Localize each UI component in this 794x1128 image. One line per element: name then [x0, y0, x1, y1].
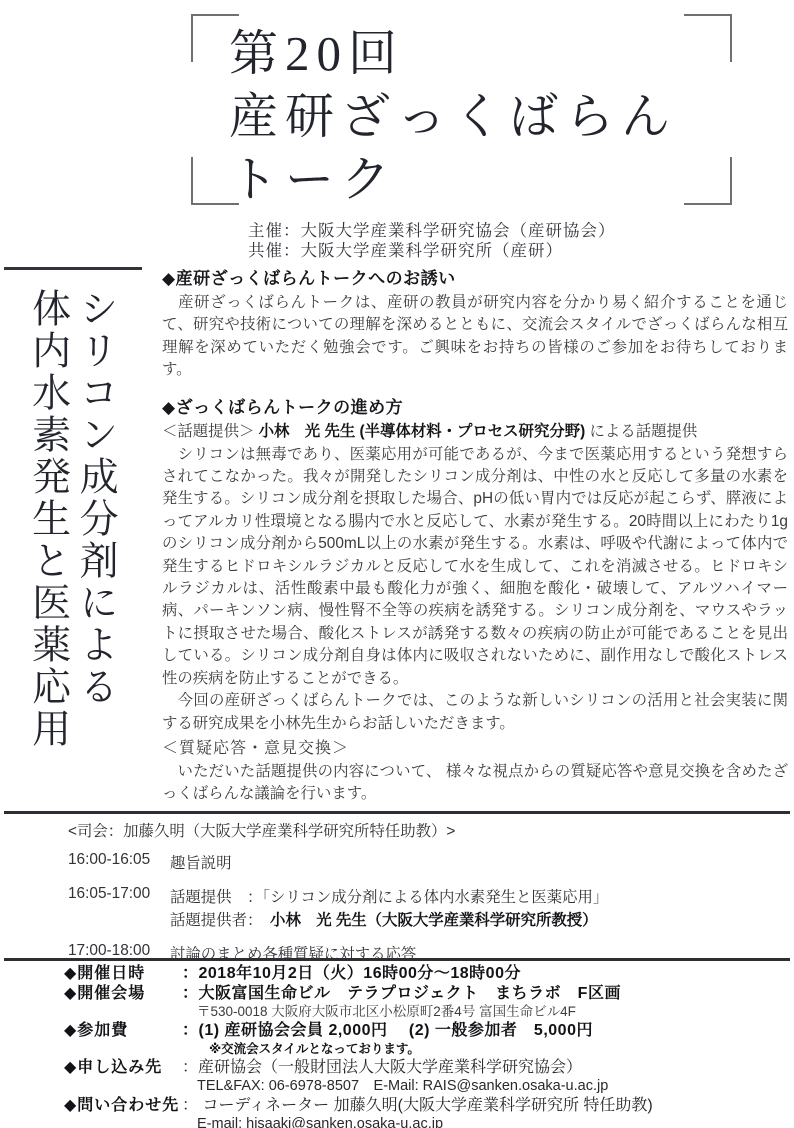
- title-frame: 第20回 産研ざっくばらん トーク: [191, 14, 732, 205]
- schedule-time-2: 16:05-17:00: [68, 885, 170, 907]
- detail-label-venue: ◆開催会場: [64, 985, 182, 1003]
- schedule-speaker-prefix: 話題提供者：: [170, 912, 270, 929]
- qa-body: いただいた話題提供の内容について、 様々な視点からの質疑応答や意見交換を含めたざ…: [162, 761, 788, 806]
- schedule-moderator: <司会：加藤久明（大阪大学産業科学研究所特任助教）>: [68, 819, 778, 841]
- side-title-rule: [4, 267, 142, 270]
- detail-value-inquiry: ： コーディネーター 加藤久明(大阪大学産業科学研究所 特任助教): [182, 1097, 653, 1115]
- procedure-body-1: シリコンは無毒であり、医薬応用が可能であるが、今まで医薬応用するという発想すらさ…: [162, 444, 788, 690]
- fee-note: ※交流会スタイルとなっております。: [209, 1042, 788, 1057]
- page-title: 第20回 産研ざっくばらん トーク: [229, 22, 677, 211]
- divider-bottom: [4, 958, 790, 961]
- vertical-headline: シリコン成分剤による 体内水素発生と医薬応用: [24, 288, 119, 818]
- detail-value-venue: ：大阪富国生命ビル テラプロジェクト まちラボ F区画: [182, 985, 621, 1003]
- detail-value-fee: ：(1) 産研協会会員 2,000円 (2) 一般参加者 5,000円: [182, 1022, 593, 1040]
- schedule-speaker-name: 小林 光 先生（大阪大学産業科学研究所教授）: [270, 912, 597, 929]
- detail-value-datetime: ：2018年10月2日（火）16時00分～18時00分: [182, 965, 521, 983]
- title-bracket-bottom-right-icon: [684, 157, 732, 205]
- flyer-page: 第20回 産研ざっくばらん トーク 主催：大阪大学産業科学研究協会（産研協会） …: [0, 0, 794, 1128]
- schedule-row-2: 16:05-17:00 話題提供 ：「シリコン成分剤による体内水素発生と医薬応用…: [68, 885, 778, 930]
- detail-label-fee: ◆参加費: [64, 1022, 182, 1040]
- title-bracket-top-right-icon: [684, 14, 732, 62]
- vertical-headline-line-2: 体内水素発生と医薬応用: [24, 288, 72, 818]
- detail-value-application: ：産研協会（一般財団法人大阪大学産業科学研究協会）: [182, 1059, 582, 1077]
- detail-row-inquiry: ◆問い合わせ先 ： コーディネーター 加藤久明(大阪大学産業科学研究所 特任助教…: [64, 1097, 788, 1115]
- invitation-body: 産研ざっくばらんトークは、産研の教員が研究内容を分かり易く紹介することを通じて、…: [162, 292, 788, 382]
- topic-speaker-name: 小林 光 先生 (半導体材料・プロセス研究分野): [259, 423, 586, 440]
- title-line-3: トーク: [229, 148, 677, 211]
- divider-top: [4, 811, 790, 814]
- detail-row-venue: ◆開催会場 ：大阪富国生命ビル テラプロジェクト まちラボ F区画: [64, 985, 788, 1003]
- schedule-row-2-line-2: 話題提供者： 小林 光 先生（大阪大学産業科学研究所教授）: [170, 908, 778, 930]
- title-line-2: 産研ざっくばらん: [229, 85, 677, 148]
- schedule-row-1: 16:00-16:05 趣旨説明: [68, 851, 778, 873]
- invitation-heading: ◆産研ざっくばらんトークへのお誘い: [162, 264, 788, 289]
- procedure-body-2: 今回の産研ざっくばらんトークでは、このような新しいシリコンの活用と社会実装に関す…: [162, 690, 788, 735]
- detail-row-datetime: ◆開催日時 ：2018年10月2日（火）16時00分～18時00分: [64, 965, 788, 983]
- qa-heading: ＜質疑応答・意見交換＞: [162, 735, 788, 758]
- title-line-1: 第20回: [229, 22, 677, 85]
- application-contact: TEL&FAX: 06-6978-8507 E-Mail: RAIS@sanke…: [197, 1078, 788, 1095]
- detail-row-fee: ◆参加費 ：(1) 産研協会会員 2,000円 (2) 一般参加者 5,000円: [64, 1022, 788, 1040]
- vertical-headline-line-1: シリコン成分剤による: [72, 288, 120, 818]
- detail-label-inquiry: ◆問い合わせ先: [64, 1097, 182, 1115]
- topic-suffix: による話題提供: [585, 423, 697, 440]
- detail-label-application: ◆申し込み先: [64, 1059, 182, 1077]
- schedule-section: <司会：加藤久明（大阪大学産業科学研究所特任助教）> 16:00-16:05 趣…: [68, 819, 778, 964]
- organizers: 主催：大阪大学産業科学研究協会（産研協会） 共催：大阪大学産業科学研究所（産研）: [248, 221, 616, 261]
- schedule-label-1: 趣旨説明: [170, 851, 778, 873]
- venue-address: 〒530-0018 大阪府大阪市北区小松原町2番4号 富国生命ビル4F: [197, 1004, 788, 1020]
- organizer-cohost: 共催：大阪大学産業科学研究所（産研）: [248, 241, 616, 261]
- inquiry-contact: E-mail: hisaaki@sanken.osaka-u.ac.jp: [197, 1116, 788, 1128]
- event-details-section: ◆開催日時 ：2018年10月2日（火）16時00分～18時00分 ◆開催会場 …: [64, 963, 788, 1128]
- main-text-column: ◆産研ざっくばらんトークへのお誘い 産研ざっくばらんトークは、産研の教員が研究内…: [162, 264, 788, 806]
- topic-provider-line: ＜話題提供＞ 小林 光 先生 (半導体材料・プロセス研究分野) による話題提供: [162, 421, 788, 443]
- topic-prefix: ＜話題提供＞: [162, 423, 259, 440]
- schedule-time-1: 16:00-16:05: [68, 851, 170, 873]
- detail-row-application: ◆申し込み先 ：産研協会（一般財団法人大阪大学産業科学研究協会）: [64, 1059, 788, 1077]
- schedule-row-2-line-1: 16:05-17:00 話題提供 ：「シリコン成分剤による体内水素発生と医薬応用…: [68, 885, 778, 907]
- procedure-heading: ◆ざっくばらんトークの進め方: [162, 393, 788, 418]
- schedule-topic-title: 話題提供 ：「シリコン成分剤による体内水素発生と医薬応用」: [170, 885, 778, 907]
- detail-label-datetime: ◆開催日時: [64, 965, 182, 983]
- organizer-host: 主催：大阪大学産業科学研究協会（産研協会）: [248, 221, 616, 241]
